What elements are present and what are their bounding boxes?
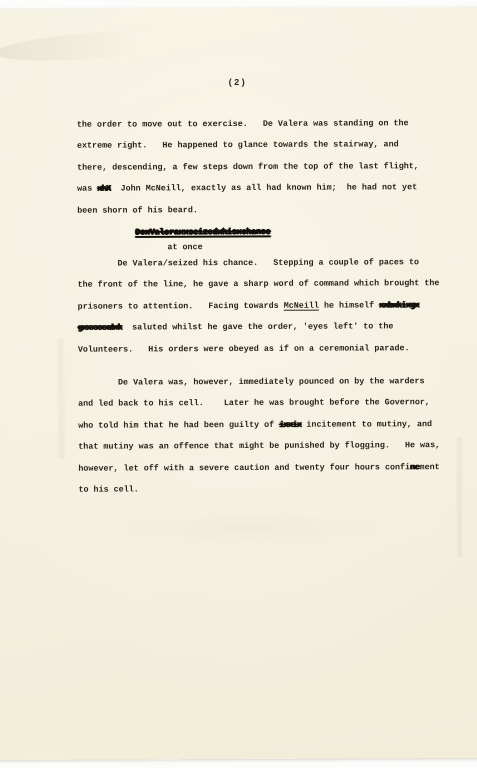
page-number: (2) [0, 77, 477, 89]
text-block: the order to move out to exercise. De Va… [77, 113, 460, 222]
text-segment: the order to move out to exercise. De Va… [77, 118, 409, 129]
text-segment: incitement to mutiny, and [301, 419, 432, 430]
document-line: the front of the line, he gave a sharp w… [78, 273, 461, 296]
text-segment: however, let off with a severe caution a… [78, 462, 410, 473]
underlined-text: McNeill [284, 300, 319, 310]
document-line: however, let off with a severe caution a… [78, 457, 461, 480]
document-line: that mutiny was an offence that might be… [78, 435, 461, 458]
text-segment: he himself [319, 300, 379, 310]
document-line: De Valera/seized his chance. Stepping a … [77, 252, 460, 275]
overstruck-text: xhX [97, 184, 110, 194]
text-segment: been shorn of his beard. [77, 205, 198, 216]
paper-crease [0, 25, 195, 66]
document-line: the order to move out to exercise. De Va… [77, 113, 460, 136]
text-segment: was [77, 184, 97, 194]
text-segment: ment [420, 462, 440, 472]
text-segment: prisoners to attention. Facing towards [78, 301, 284, 312]
document-body: the order to move out to exercise. De Va… [0, 113, 477, 502]
document-line: DexValeraxxseizedxhisxchance [77, 223, 460, 242]
text-segment: that mutiny was an offence that might be… [78, 440, 440, 452]
text-segment: extreme right. He happened to glance tow… [77, 140, 399, 151]
scanned-document: (2) the order to move out to exercise. D… [0, 0, 477, 768]
text-block: De Valera was, however, immediately poun… [78, 371, 462, 501]
text-segment: to his cell. [78, 485, 138, 495]
text-segment: saluted whilst he gave the order, 'eyes … [122, 322, 393, 333]
document-line: and led back to his cell. Later he was b… [78, 392, 461, 415]
text-block: De Valera/seized his chance. Stepping a … [77, 252, 460, 361]
document-line: to his cell. [78, 478, 461, 501]
text-segment: John McNeill, exactly as all had known h… [111, 182, 418, 193]
document-line: extreme right. He happened to glance tow… [77, 134, 460, 157]
text-segment: who told him that he had been guilty of [78, 420, 279, 431]
text-block: DexValeraxxseizedxhisxchanceat once [77, 223, 460, 254]
text-segment: Volunteers. His orders were obeyed as if… [78, 343, 410, 354]
document-line: De Valera was, however, immediately poun… [78, 371, 461, 394]
text-segment: the front of the line, he gave a sharp w… [78, 279, 440, 291]
document-line: gxxxxxxdxk saluted whilst he gave the or… [78, 316, 461, 339]
overstruck-text: gxxxxxxdxk [78, 323, 122, 333]
text-segment: De Valera was, however, immediately poun… [118, 376, 425, 387]
overstruck-text: DexValeraxxseizedxhisxchance [135, 227, 270, 238]
interlinear-insertion: at once [167, 242, 202, 252]
document-page: (2) the order to move out to exercise. D… [0, 7, 477, 760]
overstruck-text: xxbxkixgx [379, 300, 419, 310]
paper-crease [117, 507, 377, 548]
overtyped-correction: ne [410, 462, 419, 472]
text-segment: there, descending, a few steps down from… [77, 161, 419, 172]
document-line: Volunteers. His orders were obeyed as if… [78, 338, 461, 361]
document-line: there, descending, a few steps down from… [77, 156, 460, 179]
document-line: been shorn of his beard. [77, 199, 460, 222]
document-line: who told him that he had been guilty of … [78, 414, 461, 437]
overstruck-text: ixxix [279, 420, 301, 430]
document-line: prisoners to attention. Facing towards M… [78, 295, 461, 318]
text-segment: and led back to his cell. Later he was b… [78, 398, 430, 410]
text-segment: De Valera/seized his chance. Stepping a … [117, 257, 419, 268]
document-line: was xhX John McNeill, exactly as all had… [77, 177, 460, 200]
